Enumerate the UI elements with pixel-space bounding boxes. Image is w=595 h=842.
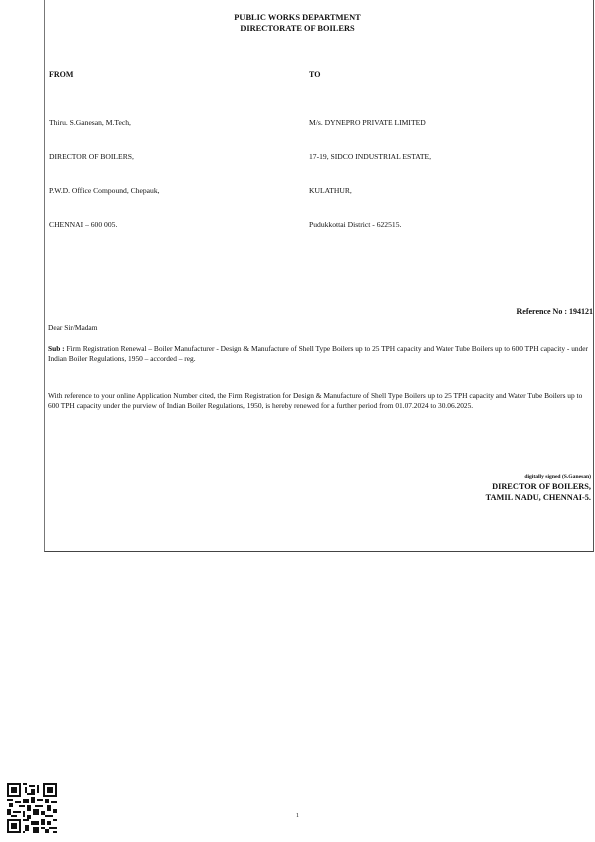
to-line: Pudukkottai District - 622515. bbox=[309, 220, 401, 229]
signature-block: digitally signed (S.Ganesan) DIRECTOR OF… bbox=[486, 473, 591, 503]
to-line: KULATHUR, bbox=[309, 186, 352, 195]
from-line: DIRECTOR OF BOILERS, bbox=[49, 152, 134, 161]
qr-code-icon bbox=[7, 783, 57, 833]
subject: Sub : Firm Registration Renewal – Boiler… bbox=[48, 344, 594, 365]
reference-number: Reference No : 194121 bbox=[517, 307, 594, 316]
salutation: Dear Sir/Madam bbox=[48, 323, 594, 333]
digital-signature-note: digitally signed (S.Ganesan) bbox=[486, 473, 591, 482]
directorate-name: DIRECTORATE OF BOILERS bbox=[0, 24, 595, 35]
body-paragraph: With reference to your online Applicatio… bbox=[48, 391, 594, 412]
to-line: M/s. DYNEPRO PRIVATE LIMITED bbox=[309, 118, 426, 127]
subject-label: Sub : bbox=[48, 344, 65, 353]
page-number: 1 bbox=[0, 813, 595, 819]
subject-text: Firm Registration Renewal – Boiler Manuf… bbox=[48, 344, 588, 363]
to-line: 17-19, SIDCO INDUSTRIAL ESTATE, bbox=[309, 152, 431, 161]
from-line: P.W.D. Office Compound, Chepauk, bbox=[49, 186, 160, 195]
from-line: Thiru. S.Ganesan, M.Tech, bbox=[49, 118, 131, 127]
from-line: CHENNAI – 600 005. bbox=[49, 220, 117, 229]
from-label: FROM bbox=[49, 70, 73, 79]
signatory-location: TAMIL NADU, CHENNAI-5. bbox=[486, 493, 591, 504]
signatory-title: DIRECTOR OF BOILERS, bbox=[486, 482, 591, 493]
department-name: PUBLIC WORKS DEPARTMENT bbox=[0, 13, 595, 24]
to-label: TO bbox=[309, 70, 320, 79]
letter-frame bbox=[44, 0, 594, 552]
letterhead: PUBLIC WORKS DEPARTMENT DIRECTORATE OF B… bbox=[0, 13, 595, 34]
